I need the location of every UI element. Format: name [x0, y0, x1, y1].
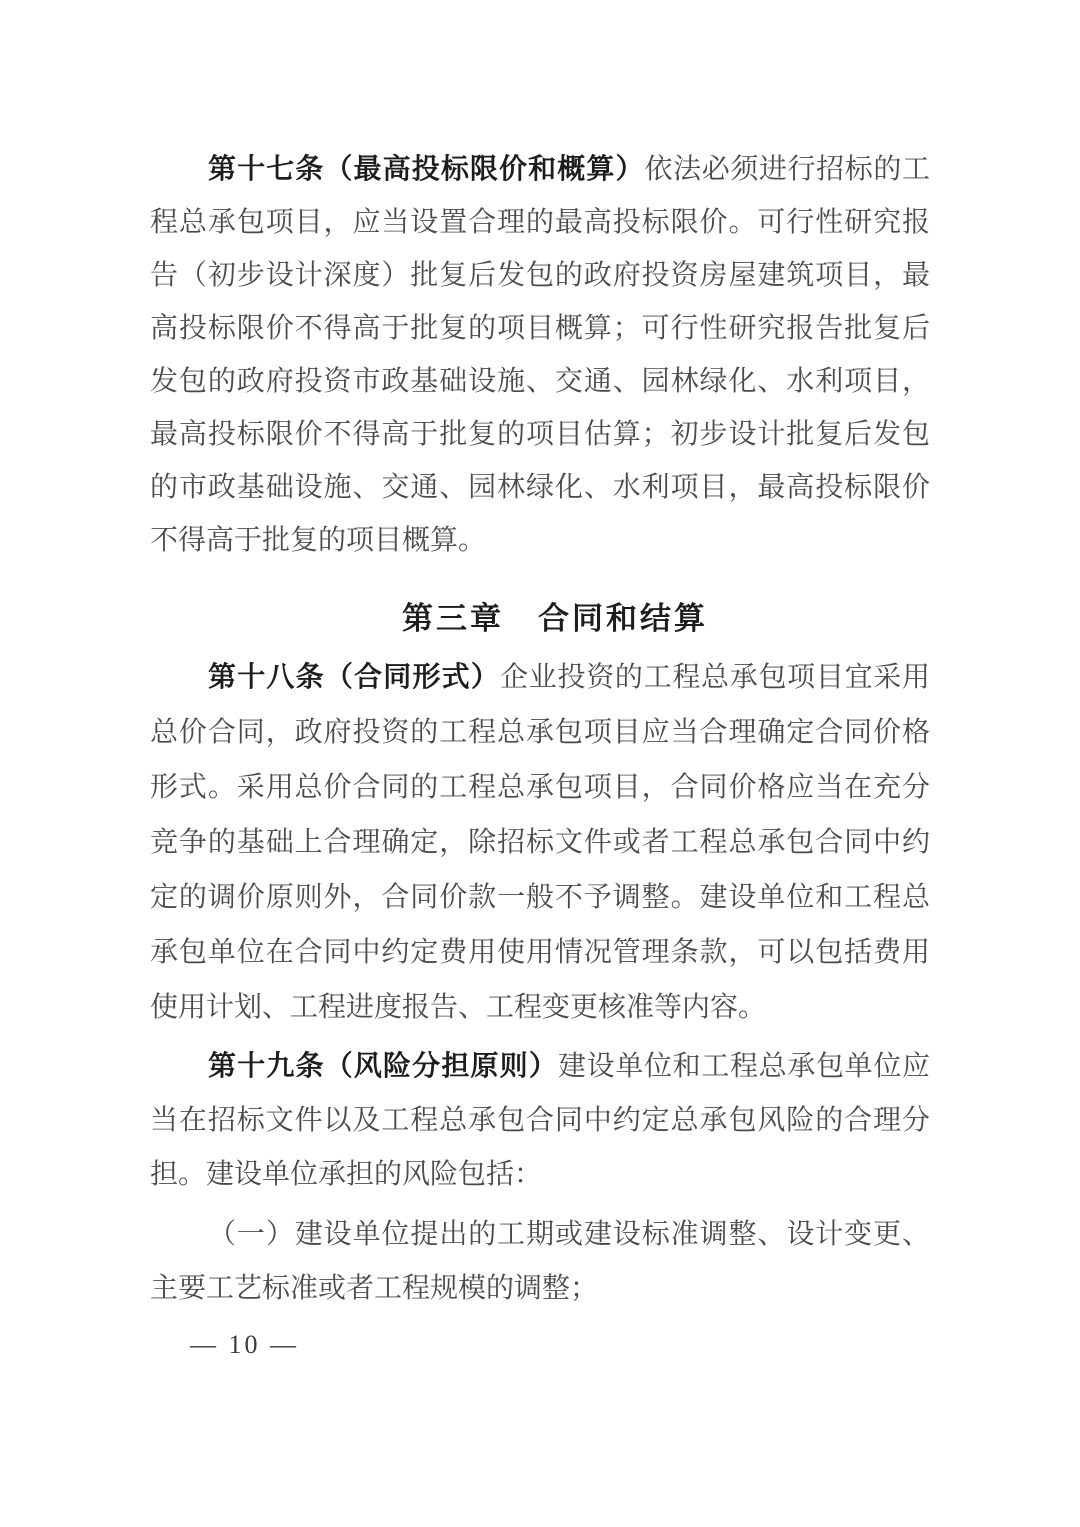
risk-item-1: （一）建设单位提出的工期或建设标准调整、设计变更、主要工艺标准或者工程规模的调整…	[150, 1208, 930, 1316]
article-18-paragraph: 第十八条（合同形式）企业投资的工程总承包项目宜采用总价合同，政府投资的工程总承包…	[150, 649, 930, 1035]
article-18-lead: 第十八条（合同形式）	[208, 661, 500, 692]
chapter-3-heading: 第三章 合同和结算	[150, 597, 930, 641]
article-19-paragraph: 第十九条（风险分担原则）建设单位和工程总承包单位应当在招标文件以及工程总承包合同…	[150, 1039, 930, 1202]
article-18-body: 企业投资的工程总承包项目宜采用总价合同，政府投资的工程总承包项目应当合理确定合同…	[150, 662, 930, 1023]
page-number: — 10 —	[190, 1332, 930, 1358]
article-17-lead: 第十七条（最高投标限价和概算）	[208, 153, 645, 184]
article-19-lead: 第十九条（风险分担原则）	[208, 1050, 558, 1081]
document-page: 第十七条（最高投标限价和概算）依法必须进行招标的工程总承包项目，应当设置合理的最…	[0, 0, 1080, 1527]
article-17-paragraph: 第十七条（最高投标限价和概算）依法必须进行招标的工程总承包项目，应当设置合理的最…	[150, 142, 930, 567]
article-17-body: 依法必须进行招标的工程总承包项目，应当设置合理的最高投标限价。可行性研究报告（初…	[150, 154, 930, 556]
